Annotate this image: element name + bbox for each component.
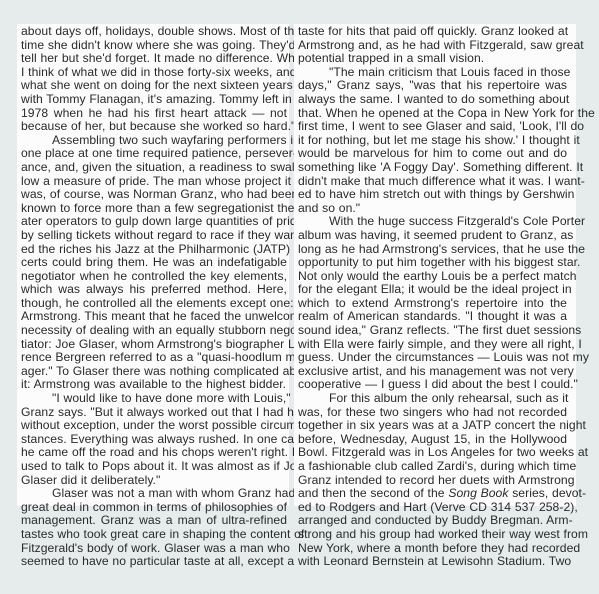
paragraph: With the huge success Fitzgerald's Cole …	[298, 215, 567, 392]
text-line: long as he had Armstrong's services, tha…	[298, 243, 567, 257]
text-line: was, for these two singers who had not r…	[298, 406, 567, 420]
text-line: Granz says. "But it always worked out th…	[21, 406, 287, 420]
text-line: potential trapped in a small vision.	[298, 52, 567, 66]
text-line: with Tommy Flanagan, it's amazing. Tommy…	[21, 93, 287, 107]
text-line: certs could bring them. He was an indefa…	[21, 256, 287, 270]
text-line: sound idea," Granz reflects. "The first …	[298, 324, 567, 338]
text-line: what she went on doing for the next sixt…	[21, 79, 287, 93]
text-line: with Leonard Bernstein at Lewisohn Stadi…	[298, 555, 567, 569]
text-line: For this album the only rehearsal, such …	[298, 392, 567, 406]
text-line: which was always his preferred method. H…	[21, 283, 287, 297]
text-line: though, he controlled all the elements e…	[21, 297, 287, 311]
text-line: with Ella were fairly simple, and they w…	[298, 338, 567, 352]
paragraph: Assembling two such wayfaring performers…	[21, 134, 287, 392]
text-line: I think of what we did in those forty-si…	[21, 66, 287, 80]
text-line: that. When he opened at the Copa in New …	[298, 107, 567, 121]
text-line: because of her, but because she worked s…	[21, 120, 287, 134]
text-line: Not only would the earthy Louis be a per…	[298, 270, 567, 284]
text-line: one place at one time required patience,…	[21, 147, 287, 161]
text-line: tastes who took great care in shaping th…	[21, 528, 287, 542]
text-line: ed to Rodgers and Hart (Verve CD 314 537…	[298, 501, 567, 515]
text-line: it for nothing, but let me stage his sho…	[298, 134, 567, 148]
text-line: Assembling two such wayfaring performers…	[21, 134, 287, 148]
text-line: 1978 when he had his first heart attack …	[21, 107, 287, 121]
text-line: something like 'A Foggy Day'. Something …	[298, 161, 567, 175]
text-line: "I would like to have done more with Lou…	[21, 392, 287, 406]
text-line: management. Granz was a man of ultra-ref…	[21, 514, 287, 528]
text-line: Bowl. Fitzgerald was in Los Angeles for …	[298, 446, 567, 460]
text-line: for the elegant Ella; it would be the id…	[298, 283, 567, 297]
text-line: realm of American standards. "I thought …	[298, 310, 567, 324]
text-line: tiator: Joe Glaser, whom Armstrong's bio…	[21, 338, 287, 352]
text-line: was, of course, was Norman Granz, who ha…	[21, 188, 287, 202]
text-line: stances. Everything was always rushed. I…	[21, 433, 287, 447]
text-line: first time, I went to see Glaser and sai…	[298, 120, 567, 134]
text-line: known to force more than a few segregati…	[21, 202, 287, 216]
text-line: taste for hits that paid off quickly. Gr…	[298, 25, 567, 39]
text-line: rence Bergreen referred to as a "quasi-h…	[21, 351, 287, 365]
text-line: arranged and conducted by Buddy Bregman.…	[298, 514, 567, 528]
text-line: days," Granz says, "was that his reperto…	[298, 79, 567, 93]
text-line: tell her but she'd forget. It made no di…	[21, 52, 287, 66]
paragraph: taste for hits that paid off quickly. Gr…	[298, 25, 567, 66]
text-line: time she didn't know where she was going…	[21, 39, 287, 53]
text-line: Glaser did it deliberately."	[21, 474, 287, 488]
text-line: seemed to have no particular taste at al…	[21, 555, 287, 569]
text-line: Armstrong and, as he had with Fitzgerald…	[298, 39, 567, 53]
text-line: about days off, holidays, double shows. …	[21, 25, 287, 39]
text-line: Fitzgerald's body of work. Glaser was a …	[21, 542, 287, 556]
text-line: negotiator when he controlled the key el…	[21, 270, 287, 284]
text-line: and then the second of the Song Book ser…	[298, 487, 567, 501]
text-line: ed the riches his Jazz at the Philharmon…	[21, 243, 287, 257]
text-line: exclusive artist, and his management was…	[298, 365, 567, 379]
paragraph: "The main criticism that Louis faced in …	[298, 66, 567, 216]
text-line: low a measure of pride. The man whose pr…	[21, 175, 287, 189]
paragraph: "I would like to have done more with Lou…	[21, 392, 287, 487]
paragraph: about days off, holidays, double shows. …	[21, 25, 287, 134]
right-page: taste for hits that paid off quickly. Gr…	[294, 24, 576, 506]
left-page: about days off, holidays, double shows. …	[17, 24, 289, 506]
text-line: With the huge success Fitzgerald's Cole …	[298, 215, 567, 229]
text-line: Granz intended to record her duets with …	[298, 474, 567, 488]
text-line: before, Wednesday, August 15, in the Hol…	[298, 433, 567, 447]
text-line: it: Armstrong was available to the highe…	[21, 378, 287, 392]
text-line: and so on."	[298, 202, 567, 216]
paragraph: For this album the only rehearsal, such …	[298, 392, 567, 569]
text-line: ager." To Glaser there was nothing compl…	[21, 365, 287, 379]
text-line: a fashionable club called Zardi's, durin…	[298, 460, 567, 474]
text-line: ed to have him stretch out with things b…	[298, 188, 567, 202]
text-line: "The main criticism that Louis faced in …	[298, 66, 567, 80]
text-line: Armstrong. This meant that he faced the …	[21, 310, 287, 324]
text-line: necessity of dealing with an equally stu…	[21, 324, 287, 338]
text-line: didn't make that much difference what it…	[298, 175, 567, 189]
text-line: opportunity to put him together with his…	[298, 256, 567, 270]
text-line: ater operators to gulp down large quanti…	[21, 215, 287, 229]
text-line: New York, where a month before they had …	[298, 542, 567, 556]
paragraph: Glaser was not a man with whom Granz had…	[21, 487, 287, 569]
text-line: cooperative — I guess I did about the be…	[298, 378, 567, 392]
text-line: strong and his group had worked their wa…	[298, 528, 567, 542]
text-line: which to extend Armstrong's repertoire i…	[298, 297, 567, 311]
text-line: by selling tickets without regard to rac…	[21, 229, 287, 243]
text-line: he came off the road and his chops weren…	[21, 446, 287, 460]
text-line: always the same. I wanted to do somethin…	[298, 93, 567, 107]
text-line: would be marvelous for him to come out a…	[298, 147, 567, 161]
right-text-column: taste for hits that paid off quickly. Gr…	[298, 25, 567, 569]
text-line: guess. Under the circumstances — Louis w…	[298, 351, 567, 365]
text-line: together in six years was at a JATP conc…	[298, 419, 567, 433]
text-line: ance, and, given the situation, a readin…	[21, 161, 287, 175]
text-line: Glaser was not a man with whom Granz had…	[21, 487, 287, 501]
left-text-column: about days off, holidays, double shows. …	[21, 25, 287, 569]
text-line: without exception, under the worst possi…	[21, 419, 287, 433]
text-line: album was having, it seemed prudent to G…	[298, 229, 567, 243]
text-line: great deal in common in terms of philoso…	[21, 501, 287, 515]
text-line: used to talk to Pops about it. It was al…	[21, 460, 287, 474]
